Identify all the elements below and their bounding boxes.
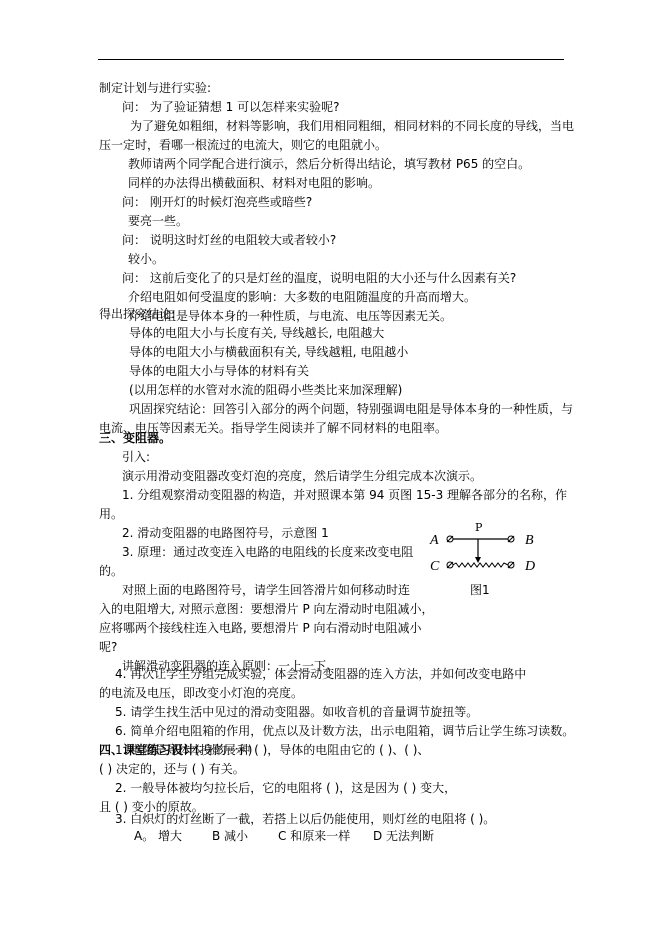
paragraph-2: 教师请两个同学配合进行演示，然后分析得出结论，填写教材 P65 的空白。 (128, 155, 530, 174)
conclusion-item: 导体的电阻大小与长度有关, 导线越长, 电阻越大 (129, 324, 384, 343)
paragraph-1a: 为了避免如粗细，材料等影响，我们用相同粗细，相同材料的不同长度的导线，当电 (130, 117, 574, 136)
item-1a: 1. 分组观察滑动变阻器的构造，并对照课本第 94 页图 15-3 理解各部分的… (122, 486, 567, 505)
section-3-heading: 三、变阻器。 (99, 429, 171, 448)
question-1: 问： 为了验证猜想 1 可以怎样来实验呢? (122, 98, 339, 117)
para-d: 呢? (99, 638, 117, 657)
header-rule (98, 59, 564, 60)
option-b: B 减小 (212, 827, 278, 846)
label-a: A (429, 533, 439, 548)
conclusions-title: 得出探究结论: (99, 305, 175, 324)
question-4: 问： 这前后变化了的只是灯丝的温度，说明电阻的大小还与什么因素有关? (122, 269, 516, 288)
item-3a: 3. 原理：通过改变连入电路的电阻线的长度来改变电阻 (122, 543, 413, 562)
label-b: B (525, 533, 534, 548)
exercise-3-options: A。 增大B 减小C 和原来一样D 无法判断 (134, 827, 434, 846)
plan-title: 制定计划与进行实验: (99, 79, 211, 98)
para-a: 对照上面的电路图符号，请学生回答滑片如何移动时连 (122, 581, 410, 600)
item-5: 5. 请学生找生活中见过的滑动变阻器。如收音机的音量调节旋扭等。 (115, 703, 478, 722)
para-c: 应将哪两个接线柱连入电路, 要想滑片 P 向右滑动时电阻减小 (99, 619, 422, 638)
paragraph-1b: 压一定时，看哪一根流过的电流大，则它的电阻就小。 (99, 136, 387, 155)
figure-caption: 图1 (470, 581, 490, 600)
option-d: D 无法判断 (373, 827, 434, 846)
item-4b: 的电流及电压，即改变小灯泡的亮度。 (99, 684, 303, 703)
para-b: 入的电阻增大, 对照示意图：要想滑片 P 向左滑动时电阻减小， (99, 600, 434, 619)
item-2: 2. 滑动变阻器的电路图符号，示意图 1 (122, 524, 329, 543)
rheostat-diagram: P A B C D (425, 515, 555, 605)
paragraph-3: 同样的办法得出横截面积、材料对电阻的影响。 (128, 174, 380, 193)
consolidate-a: 巩固探究结论：回答引入部分的两个问题，特别强调电阻是导体本身的一种性质，与 (129, 400, 573, 419)
label-p: P (475, 521, 483, 534)
paragraph-4: 介绍电阻如何受温度的影响：大多数的电阻随温度的升高而增大。 (128, 288, 476, 307)
answer-3: 较小。 (128, 250, 164, 269)
option-a: A。 增大 (134, 827, 212, 846)
item-3b: 的。 (99, 562, 123, 581)
conclusion-item: 导体的电阻大小与导体的材料有关 (129, 362, 309, 381)
answer-2: 要亮一些。 (128, 212, 188, 231)
item-6: 6. 简单介绍电阻箱的作用，优点以及计数方法，出示电阻箱，调节后让学生练习读数。 (115, 722, 574, 741)
exercise-1b: ( ) 决定的，还与 ( ) 有关。 (99, 760, 245, 779)
item-1b: 用。 (99, 505, 123, 524)
conclusion-item: 导体的电阻大小与横截面积有关, 导线越粗, 电阻越小 (129, 343, 408, 362)
question-2: 问： 刚开灯的时候灯泡亮些或暗些? (122, 193, 312, 212)
rheostat-symbol-icon: P A B C D (425, 515, 555, 585)
conclusion-note: (以用怎样的水管对水流的阻碍小些类比来加深理解) (129, 381, 402, 400)
label-c: C (430, 559, 440, 574)
intro-label: 引入: (122, 448, 150, 467)
intro-text: 演示用滑动变阻器改变灯泡的亮度，然后请学生分组完成本次演示。 (122, 467, 482, 486)
exercise-2a: 2. 一般导体被均匀拉长后，它的电阻将 ( )，这是因为 ( ) 变大， (115, 779, 456, 798)
label-d: D (524, 559, 535, 574)
exercise-1a: 1. 电阻是导体本身的一种 ( )，导体的电阻由它的 ( )、( )、 (115, 741, 429, 760)
item-4a: 4. 再次让学生分组完成实验，体会滑动变阻器的连入方法，并如何改变电路中 (115, 665, 526, 684)
option-c: C 和原来一样 (278, 827, 373, 846)
question-3: 问： 说明这时灯丝的电阻较大或者较小? (122, 231, 336, 250)
